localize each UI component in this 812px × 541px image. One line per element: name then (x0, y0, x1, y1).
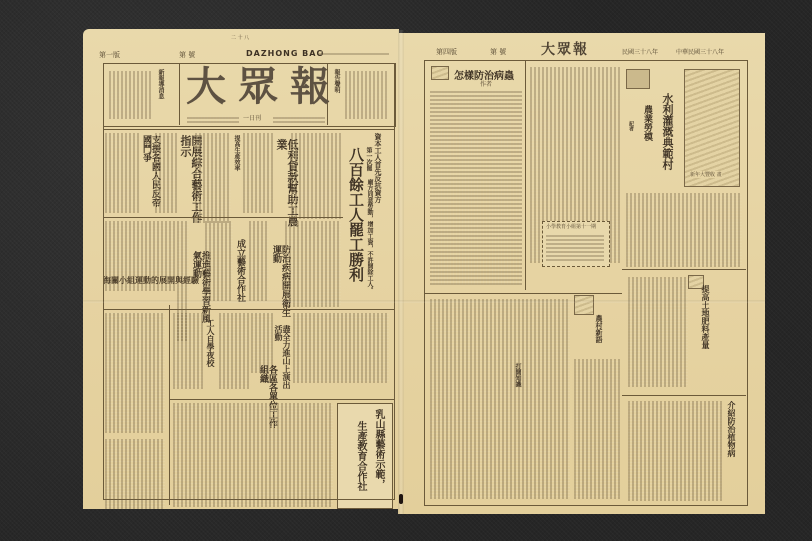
woodcut-illustration (684, 69, 740, 187)
feature-logo (626, 69, 650, 89)
essay-icon (431, 66, 449, 80)
notice-box-title: 小學教育小組第十一期 (546, 223, 596, 230)
page-number-label: 第一版 (99, 50, 120, 60)
lead-deck: 廟方同意勞動，增加工資，不許開除工人。 (366, 179, 372, 299)
left-ear-heading: 新報導消息 (157, 69, 163, 119)
date-line (319, 51, 389, 55)
masthead-title: 大眾報 (186, 67, 342, 107)
horizontal-fold (83, 300, 765, 303)
center-fold (398, 30, 404, 514)
feature-byline: 記者 (628, 121, 633, 141)
newspaper-page-right: 第四版 第 號 大眾報 民國三十八年 中華民國三十八年 怎樣防治病蟲 作者 小學… (398, 33, 765, 514)
small-heading-1: 農村新語 (596, 315, 603, 355)
feature-title: 水利灌溉典範村 (662, 93, 673, 193)
right-corner-label: 中華民國三十八年 (676, 47, 724, 56)
masthead-subline: 一日刊 (243, 113, 261, 122)
right-date: 民國三十八年 (622, 47, 658, 56)
top-note: 二 十 八 (231, 34, 249, 41)
right-ear-heading: 報告聲明 (333, 69, 339, 119)
small-heading-2: 打開知識 (514, 363, 520, 403)
romanized-title: DAZHONG BAO (246, 49, 324, 58)
column-icon-2 (574, 295, 594, 315)
headline-col10: 盡全力進山上演出活動 (275, 325, 291, 395)
column-heading-1: 提高土地肥料產量 (702, 285, 710, 355)
lead-sub: 第一次罷 (365, 147, 371, 177)
newspaper-page-left: 第一版 第 號 DAZHONG BAO 二 十 八 大眾報 一日刊 新報導消息 … (83, 29, 399, 509)
headline-col11: 工人自學夜校 (207, 319, 215, 379)
tear-mark (399, 494, 403, 504)
right-page-number: 第四版 (436, 47, 457, 57)
headline-col8: 提高生產效率 (233, 135, 239, 195)
illustration-caption: 新年大豐收 畫 (690, 171, 722, 178)
right-masthead: 大眾報 (541, 39, 589, 59)
lead-headline: 八百餘工人罷工勝利 (348, 147, 363, 297)
column-heading-2: 介紹防治植物病 (728, 401, 736, 471)
lead-kicker: 資本工人首先反抗資方 (375, 133, 382, 233)
headline-col4: 成立藝術合作社 (235, 239, 244, 309)
box-ad-line2: 生產教育合作社 (355, 421, 365, 501)
essay-body (430, 89, 522, 285)
right-issue-label: 第 號 (490, 47, 506, 57)
box-ad-line1: 乳山縣藝術示範， (373, 409, 383, 505)
headline-col7: 海關小組運動的展開與經驗 (103, 275, 199, 286)
feature-subtitle: 農業勞模 (642, 105, 651, 145)
issue-label: 第 號 (179, 50, 195, 60)
essay-byline: 作者 (480, 79, 492, 88)
